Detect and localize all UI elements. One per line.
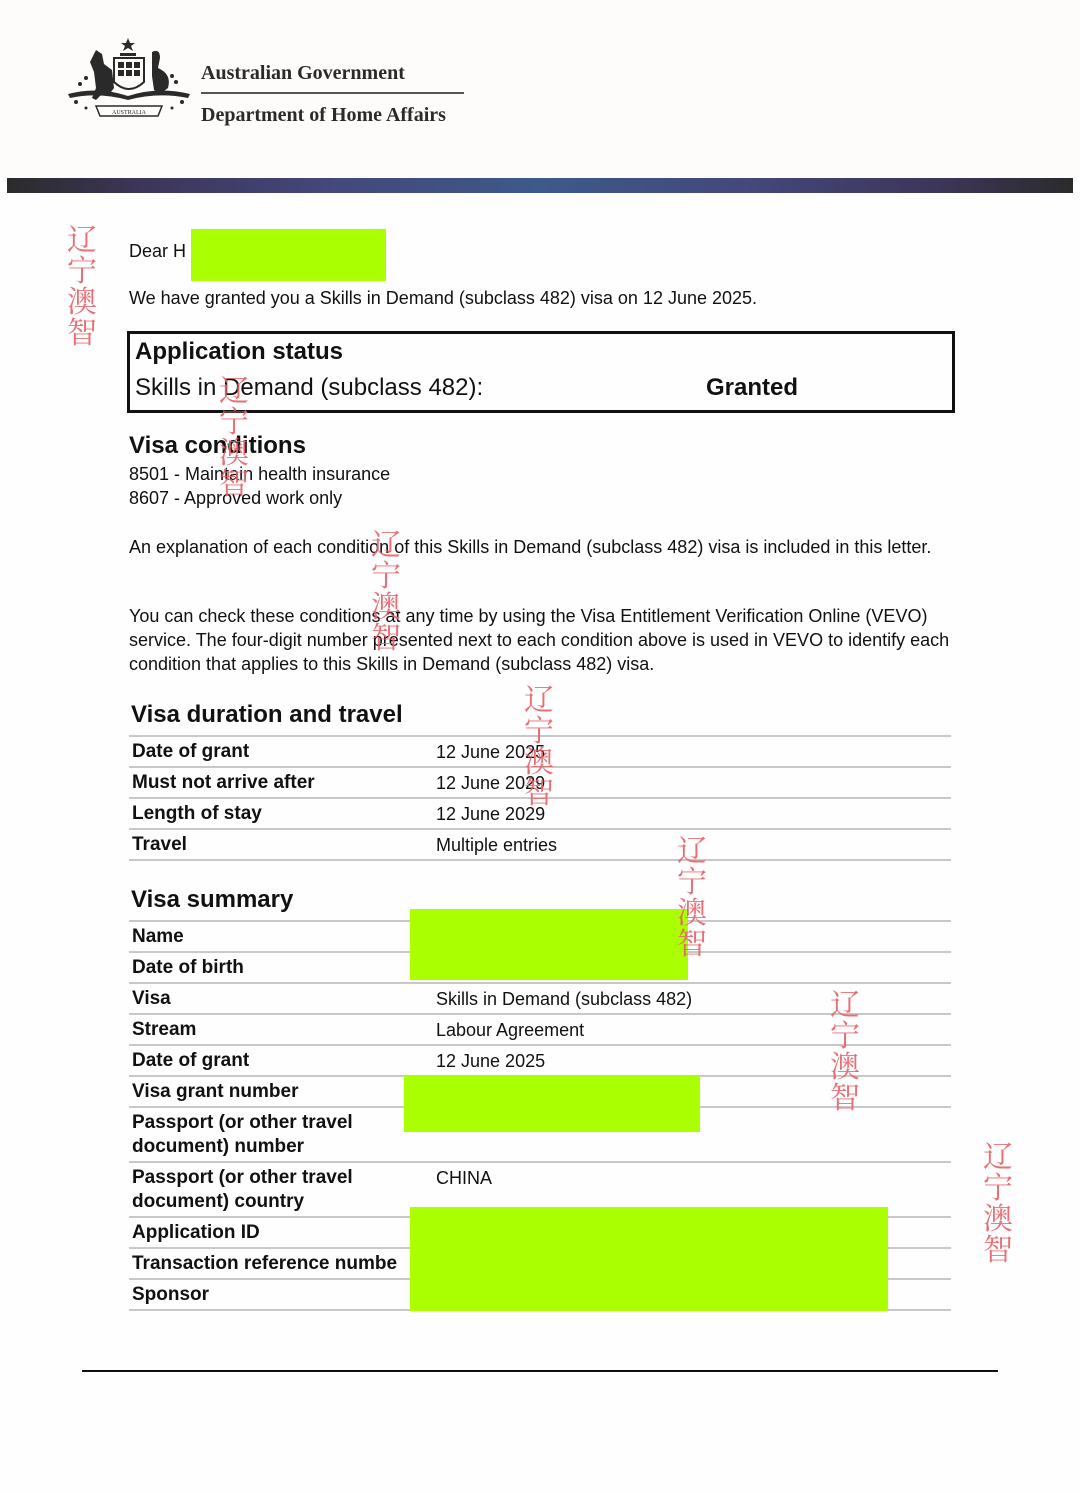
row-key: Transaction reference numbe — [132, 1252, 422, 1276]
row-key: Stream — [132, 1018, 422, 1042]
watermark: 辽宁澳智 — [218, 376, 250, 500]
department-name: Department of Home Affairs — [201, 104, 446, 127]
row-key: Date of grant — [132, 1049, 422, 1073]
government-name: Australian Government — [201, 62, 405, 85]
watermark: 辽宁澳智 — [982, 1142, 1014, 1266]
salutation: Dear H — [129, 239, 186, 263]
header-band — [7, 178, 1073, 193]
header-divider — [201, 92, 464, 94]
redacted-application-sponsor — [410, 1207, 888, 1311]
application-status-box: Application status Skills in Demand (sub… — [127, 331, 955, 413]
row-key: Length of stay — [132, 802, 422, 826]
footer-divider — [82, 1370, 998, 1372]
vevo-note: You can check these conditions at any ti… — [129, 604, 954, 676]
duration-title: Visa duration and travel — [131, 701, 403, 729]
row-key: Must not arrive after — [132, 771, 422, 795]
watermark: 辽宁澳智 — [676, 836, 708, 960]
row-key: Date of grant — [132, 740, 422, 764]
row-key: Visa grant number — [132, 1080, 422, 1104]
application-status-value: Granted — [706, 374, 798, 402]
application-status-title: Application status — [135, 338, 343, 366]
condition-item: 8501 - Maintain health insurance — [129, 462, 390, 486]
table-row: Visa Skills in Demand (subclass 482) — [129, 982, 951, 1013]
table-row: Date of grant 12 June 2025 — [129, 1044, 951, 1075]
row-key: Application ID — [132, 1221, 422, 1245]
redacted-name — [191, 229, 386, 281]
row-value: Labour Agreement — [436, 1018, 584, 1042]
watermark: 辽宁澳智 — [829, 990, 861, 1114]
row-key: Travel — [132, 833, 422, 857]
row-key: Name — [132, 925, 422, 949]
row-key: Visa — [132, 987, 422, 1011]
row-value: 12 June 2025 — [436, 1049, 545, 1073]
summary-title: Visa summary — [131, 886, 293, 914]
conditions-explanation: An explanation of each condition of this… — [129, 535, 949, 559]
table-row: Stream Labour Agreement — [129, 1013, 951, 1044]
row-key: Passport (or other travel document) numb… — [132, 1111, 422, 1159]
svg-text:AUSTRALIA: AUSTRALIA — [112, 110, 147, 116]
watermark: 辽宁澳智 — [523, 685, 555, 809]
row-key: Passport (or other travel document) coun… — [132, 1166, 422, 1214]
australian-coat-of-arms-icon: AUSTRALIA — [66, 36, 192, 128]
application-status-label: Skills in Demand (subclass 482): — [135, 374, 483, 402]
table-row: Travel Multiple entries — [129, 828, 951, 861]
redacted-name-dob — [410, 909, 688, 980]
row-value: Multiple entries — [436, 833, 557, 857]
row-key: Date of birth — [132, 956, 422, 980]
row-value: CHINA — [436, 1166, 492, 1190]
row-key: Sponsor — [132, 1283, 422, 1307]
row-value: Skills in Demand (subclass 482) — [436, 987, 692, 1011]
watermark: 辽宁澳智 — [66, 225, 98, 349]
grant-sentence: We have granted you a Skills in Demand (… — [129, 286, 757, 310]
watermark: 辽宁澳智 — [370, 530, 402, 654]
redacted-grant-passport-number — [404, 1075, 700, 1132]
